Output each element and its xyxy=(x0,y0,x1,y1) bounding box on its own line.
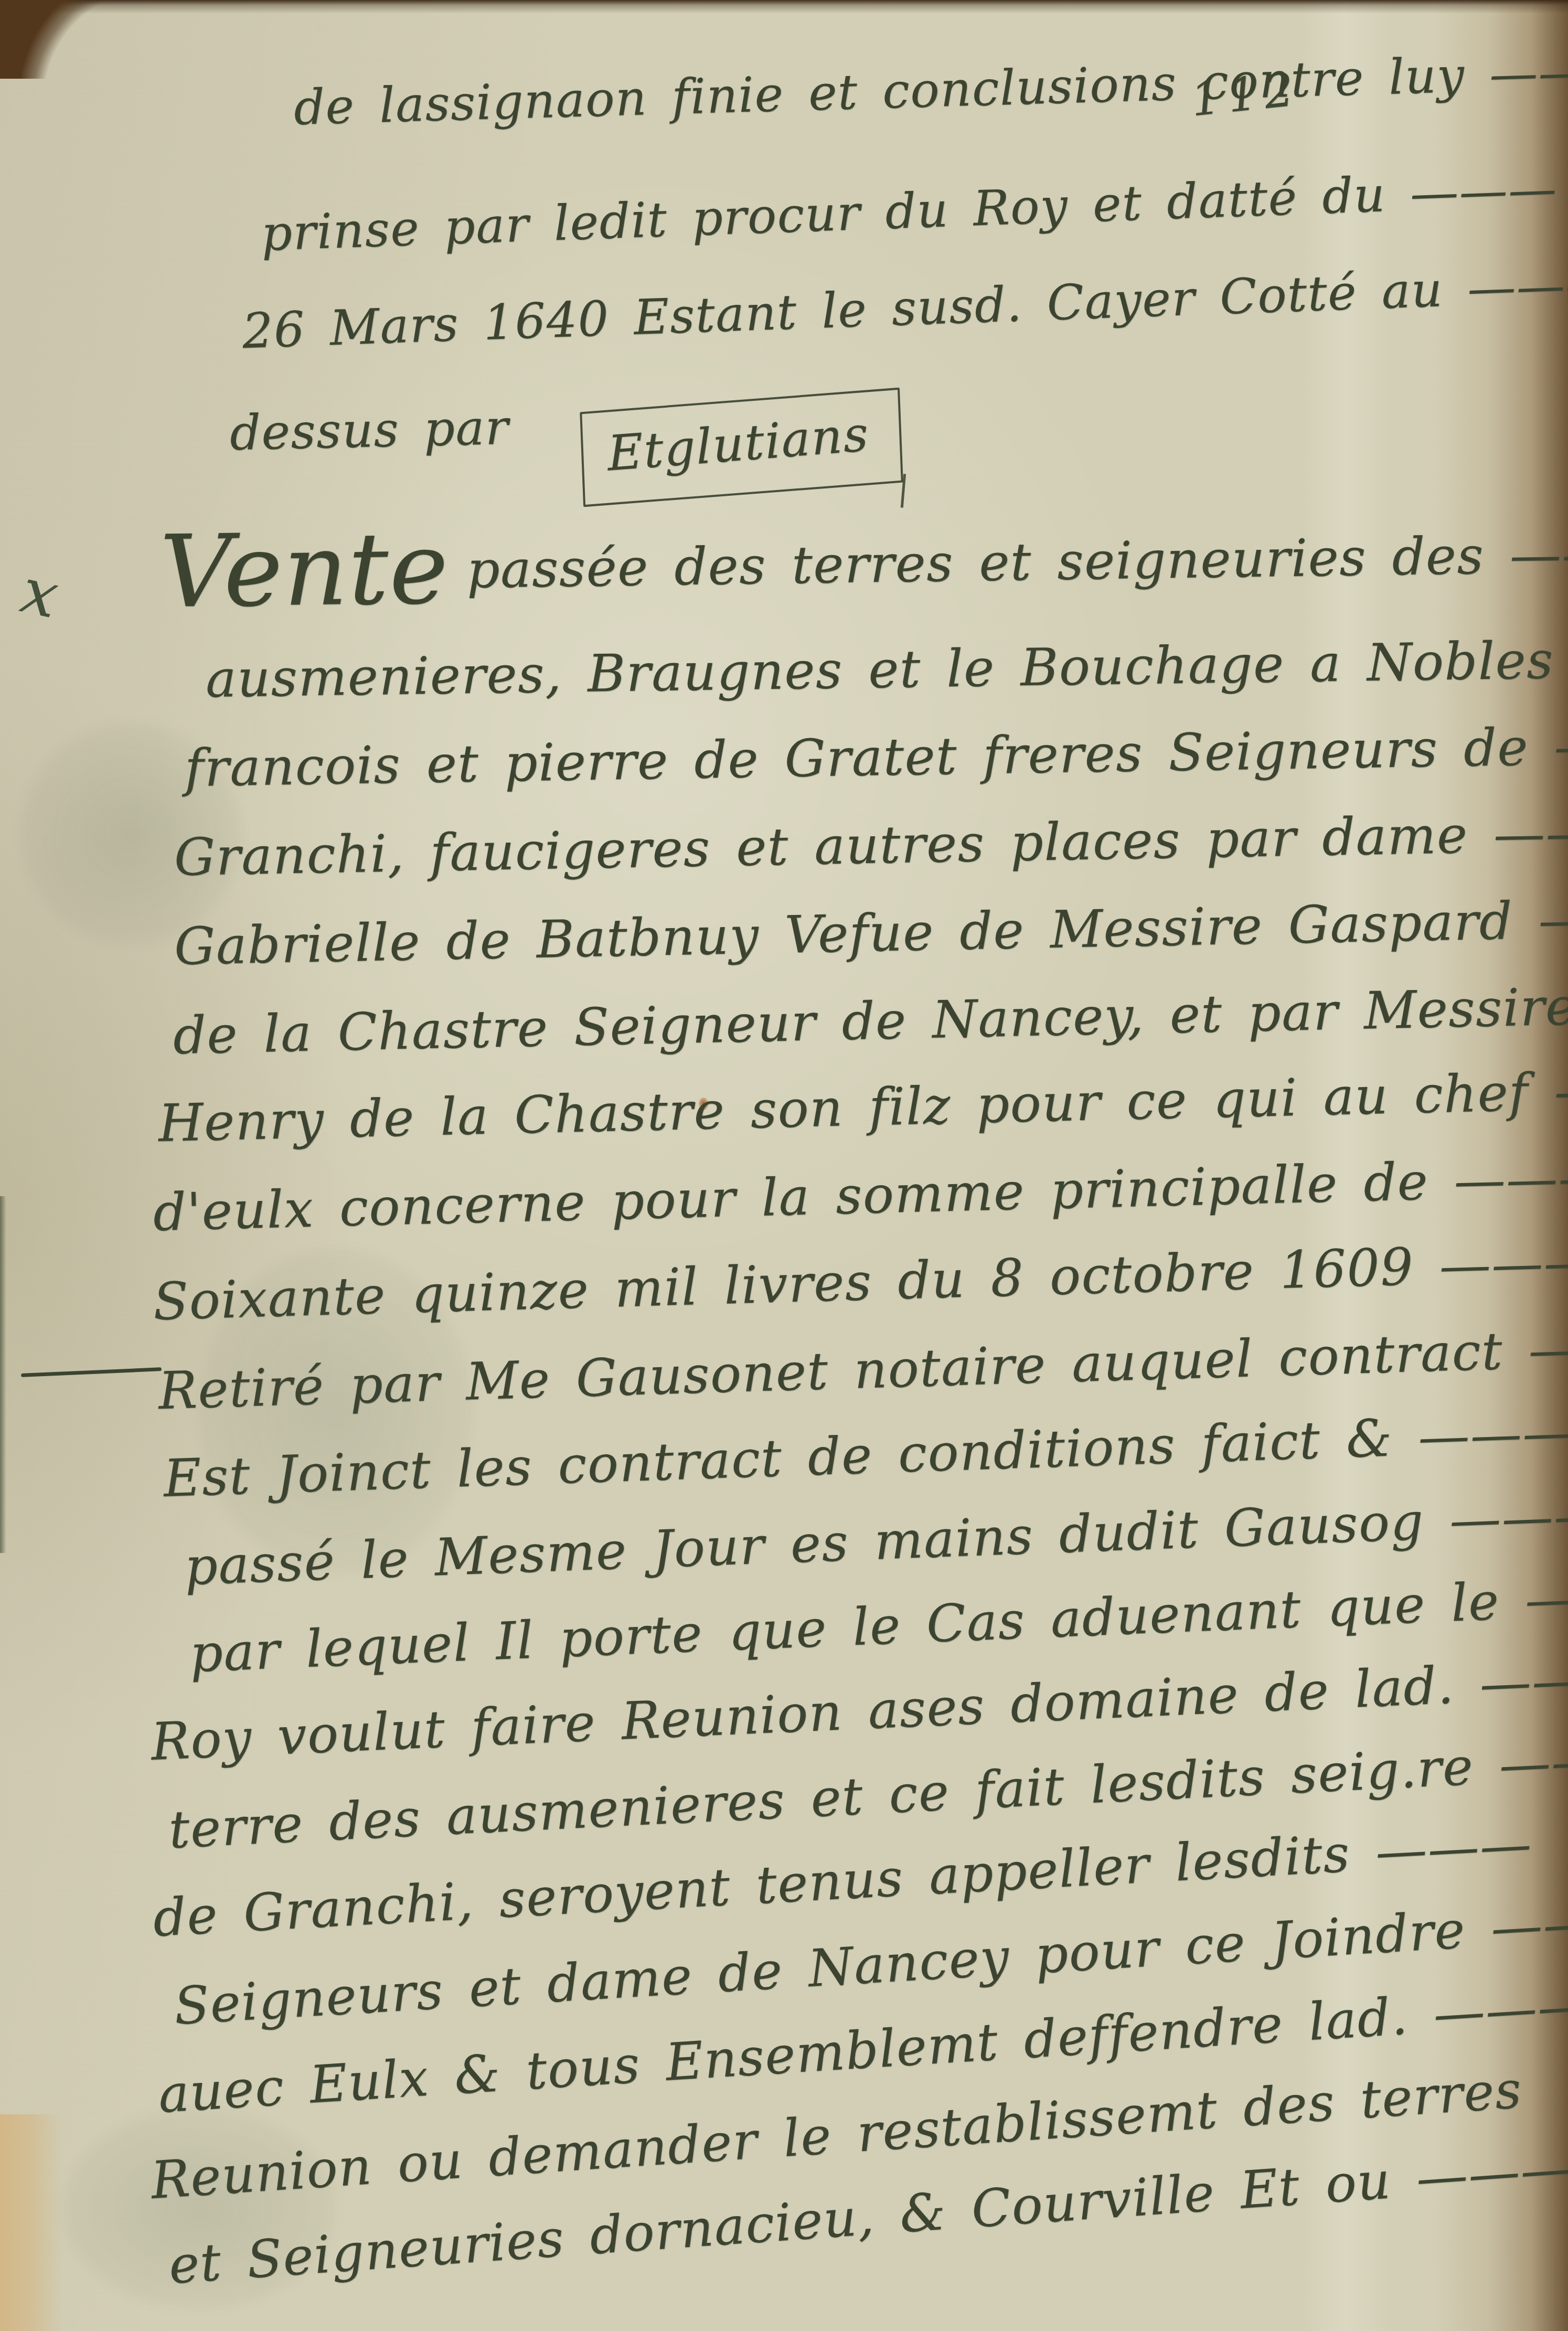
body-first-line-rest: passée des terres et seigneuries des ——— xyxy=(466,524,1568,600)
margin-check-mark: x xyxy=(15,554,65,633)
header-line: de lassignaon finie et conclusions contr… xyxy=(293,42,1568,136)
body-line: Granchi, faucigeres et autres places par… xyxy=(174,802,1568,888)
body-line: Soixante quinze mil livres du 8 octobre … xyxy=(152,1232,1568,1332)
body-line: d'eulx concerne pour la somme principall… xyxy=(153,1147,1568,1243)
page-edge-shadow-left xyxy=(0,1196,6,1553)
body-first-line: Ventepassée des terres et seigneuries de… xyxy=(159,506,1568,617)
body-line: Henry de la Chastre son filz pour ce qui… xyxy=(158,1059,1568,1154)
body-line: de la Chastre Seigneur de Nancey, et par… xyxy=(173,973,1568,1066)
section-box-label: Etglutians xyxy=(606,406,870,482)
body-line: francois et pierre de Gratet freres Seig… xyxy=(184,715,1568,799)
underlying-page-edge-bottom-left xyxy=(0,2114,63,2331)
margin-dash-mark xyxy=(21,1367,162,1377)
header-line: prinse par ledit procur du Roy et datté … xyxy=(260,161,1558,262)
header-line: 26 Mars 1640 Estant le susd. Cayer Cotté… xyxy=(241,256,1568,359)
manuscript-page: 112 de lassignaon finie et conclusions c… xyxy=(0,0,1568,2331)
initial-capital: Vente xyxy=(159,510,450,630)
header-lead-in: dessus par xyxy=(229,399,509,461)
page-corner-shadow-top-left xyxy=(0,0,131,79)
section-box: Etglutians xyxy=(580,388,903,507)
body-line: ausmenieres, Braugnes et le Bouchage a N… xyxy=(205,628,1568,709)
body-line: Gabrielle de Batbnuy Vefue de Messire Ga… xyxy=(174,888,1568,977)
